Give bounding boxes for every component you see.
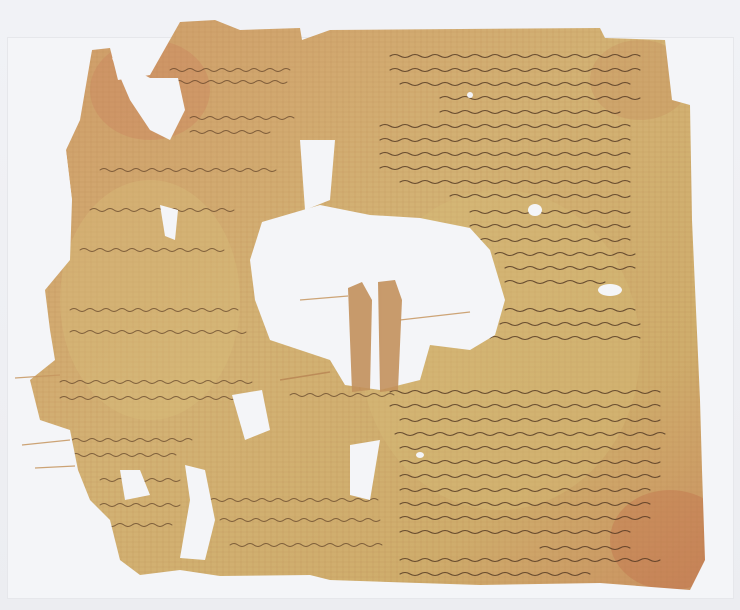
papyrus-photo bbox=[0, 0, 740, 610]
papyrus-fragment bbox=[0, 0, 740, 610]
